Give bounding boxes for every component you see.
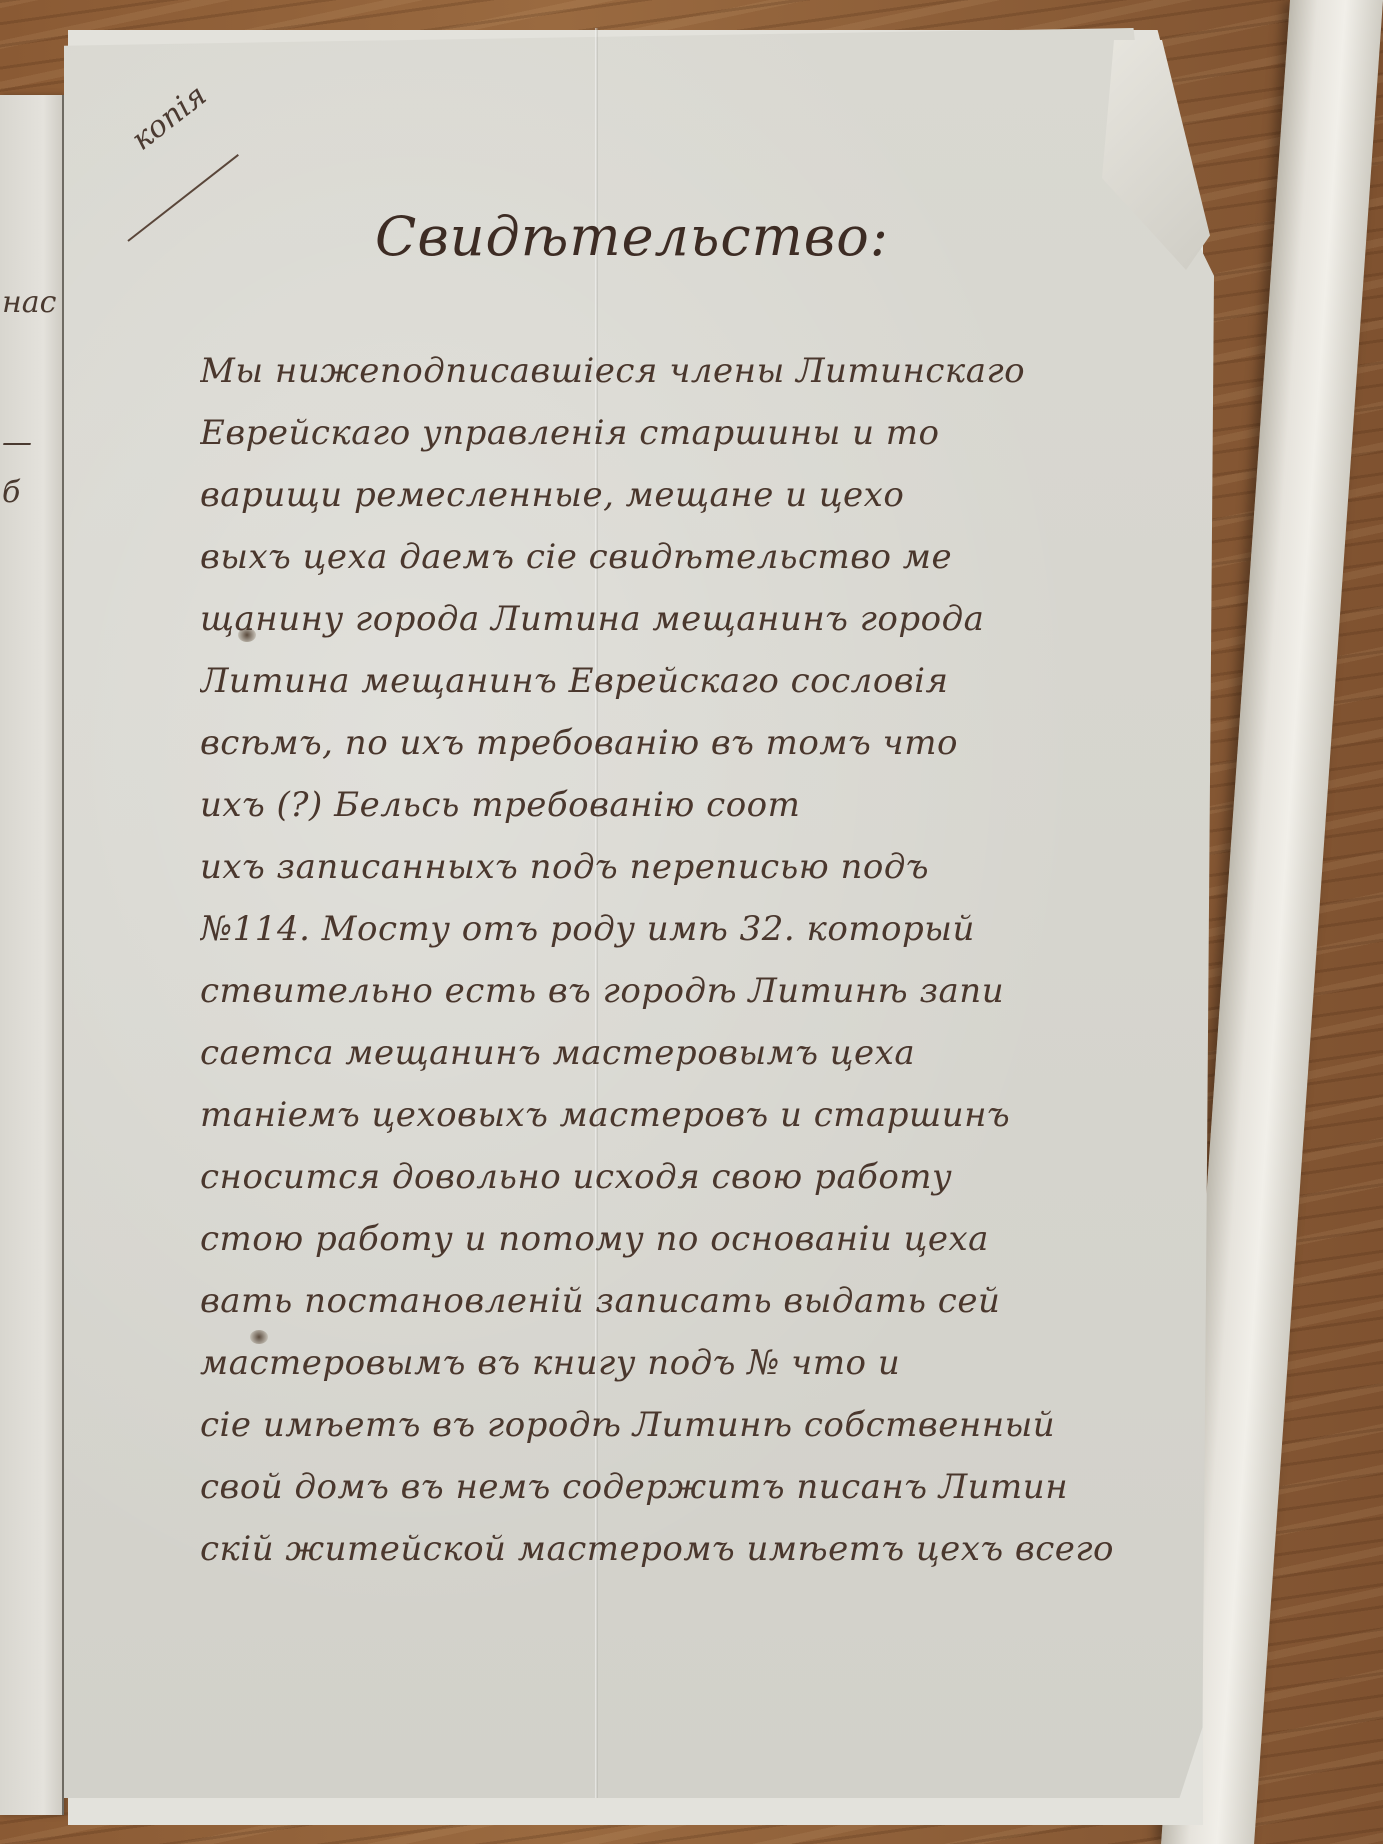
text-line: Мы нижеподписавшіеся члены Литинскаго bbox=[200, 340, 1160, 402]
text-line: стою работу и потому по основаніи цеха bbox=[200, 1208, 1160, 1270]
text-line: варищи ремесленные, мещане и цехо bbox=[200, 464, 1160, 526]
document-title: Свидѣтельство: bbox=[375, 205, 889, 268]
text-line: щанину города Литина мещанинъ города bbox=[200, 588, 1160, 650]
text-line: выхъ цеха даемъ сіе свидѣтельство ме bbox=[200, 526, 1160, 588]
left-page-fragment: — bbox=[2, 425, 32, 460]
text-line: вать постановленій записать выдать сей bbox=[200, 1270, 1160, 1332]
text-line: свой домъ въ немъ содержитъ писанъ Литин bbox=[200, 1456, 1160, 1518]
text-line: ствительно есть въ городѣ Литинѣ запи bbox=[200, 960, 1160, 1022]
text-line: Еврейскаго управленія старшины и то bbox=[200, 402, 1160, 464]
text-line: Литина мещанинъ Еврейскаго сословія bbox=[200, 650, 1160, 712]
document-body: Мы нижеподписавшіеся члены Литинскаго Ев… bbox=[200, 340, 1160, 1580]
text-line: ихъ записанныхъ подъ переписью подъ bbox=[200, 836, 1160, 898]
text-line: сносится довольно исходя свою работу bbox=[200, 1146, 1160, 1208]
text-line: мастеровымъ въ книгу подъ № что и bbox=[200, 1332, 1160, 1394]
text-line: всѣмъ, по ихъ требованію въ томъ что bbox=[200, 712, 1160, 774]
text-line: ихъ (?) Бельсь требованію соот bbox=[200, 774, 1160, 836]
text-line: таніемъ цеховыхъ мастеровъ и старшинъ bbox=[200, 1084, 1160, 1146]
text-line: №114. Мосту отъ роду имѣ 32. который bbox=[200, 898, 1160, 960]
text-line: скій житейской мастеромъ имѣетъ цехъ все… bbox=[200, 1518, 1160, 1580]
text-line: сіе имѣетъ въ городѣ Литинѣ собственный bbox=[200, 1394, 1160, 1456]
text-line: саетса мещанинъ мастеровымъ цеха bbox=[200, 1022, 1160, 1084]
left-page-fragment: нас bbox=[2, 285, 56, 320]
left-page-edge: нас — б bbox=[0, 95, 64, 1815]
left-page-fragment: б bbox=[2, 475, 20, 510]
